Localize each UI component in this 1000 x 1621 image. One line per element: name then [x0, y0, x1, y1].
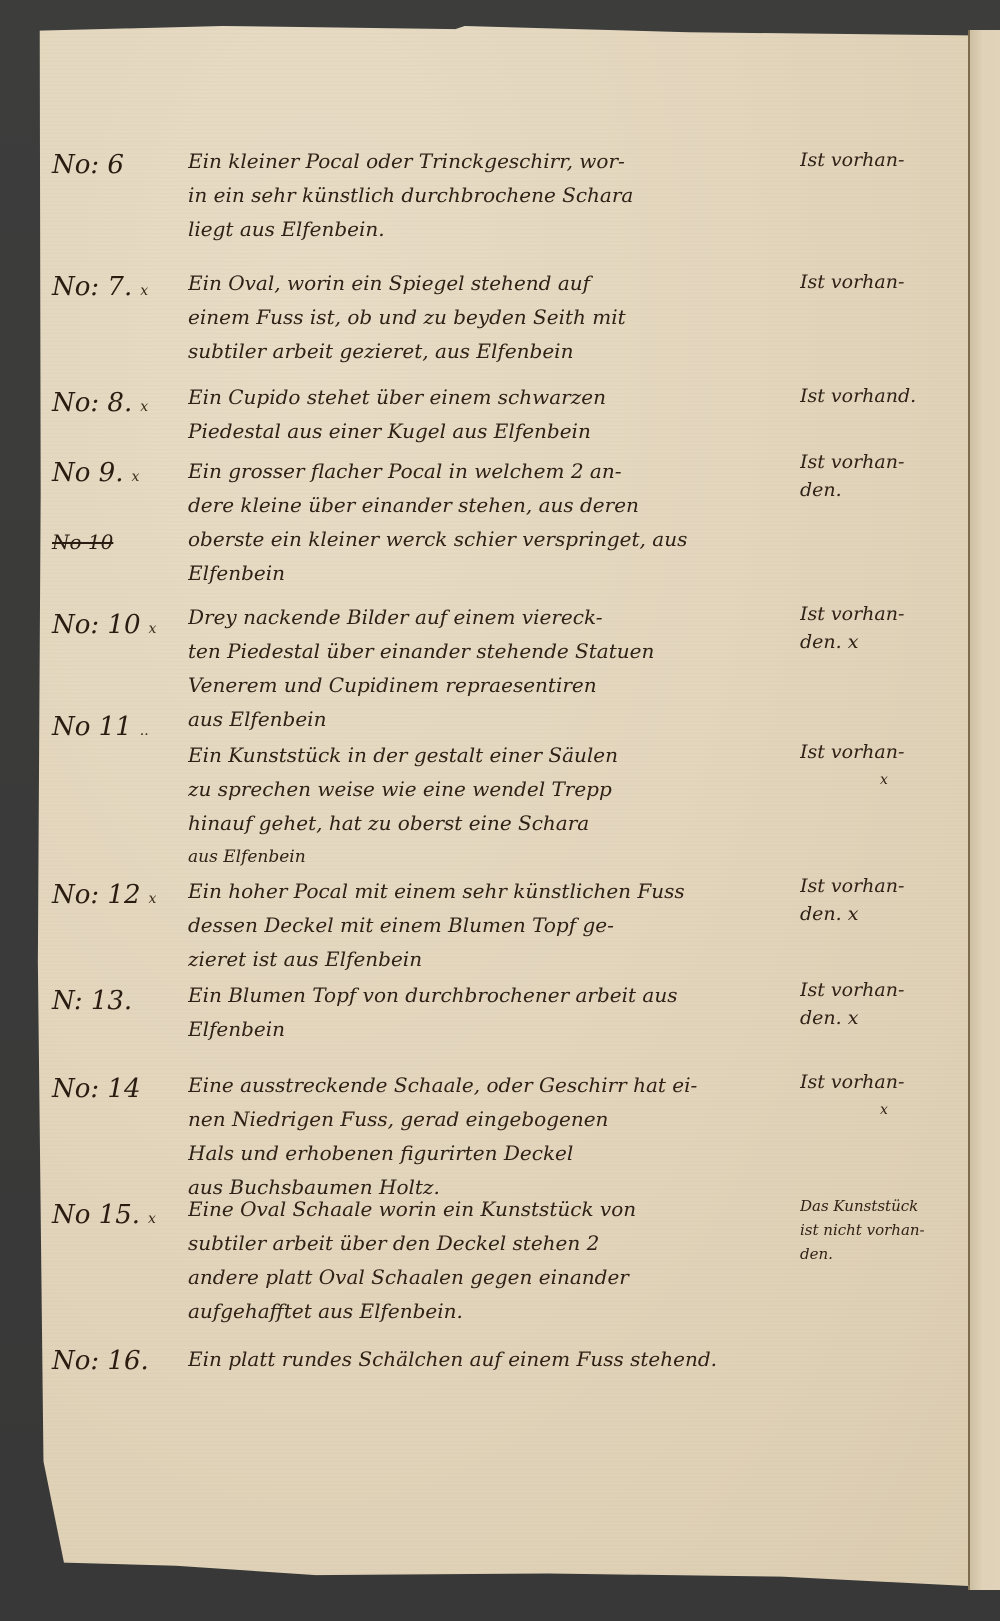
entry-number: No: 12x	[52, 880, 156, 910]
entry-status: Ist vorhan- x	[800, 1068, 940, 1124]
page-gutter	[968, 30, 970, 1585]
entry-description: Ein hoher Pocal mit einem sehr künstlich…	[188, 874, 788, 976]
entry-status: Ist vorhan-	[800, 146, 940, 174]
entry-description: Ein Cupido stehet über einem schwarzen P…	[188, 380, 788, 448]
entry-status: Ist vorhan- den.	[800, 448, 940, 504]
entry-status: Das Kunststück ist nicht vorhan- den.	[800, 1194, 940, 1266]
entry-description: Ein Oval, worin ein Spiegel stehend auf …	[188, 266, 788, 368]
entry-number: No 11..	[52, 712, 149, 742]
entry-number-struck: No 10	[52, 530, 113, 554]
entry-description: Ein Blumen Topf von durchbrochener arbei…	[188, 978, 788, 1046]
entry-description: Ein Kunststück in der gestalt einer Säul…	[188, 738, 788, 874]
entry-status: Ist vorhan- den. x	[800, 872, 940, 928]
entry-description: Eine Oval Schaale worin ein Kunststück v…	[188, 1192, 788, 1328]
entry-status: Ist vorhand.	[800, 382, 940, 410]
entry-description: Ein grosser flacher Pocal in welchem 2 a…	[188, 454, 788, 590]
entry-number: No: 7.x	[52, 272, 148, 302]
entry-number: No: 10x	[52, 610, 156, 640]
entry-status: Ist vorhan- den. x	[800, 600, 940, 656]
entry-number: N: 13.	[52, 986, 132, 1016]
entry-description: Eine ausstreckende Schaale, oder Geschir…	[188, 1068, 788, 1204]
entry-status: Ist vorhan- den. x	[800, 976, 940, 1032]
entry-description: Ein platt rundes Schälchen auf einem Fus…	[188, 1342, 788, 1376]
entry-number: No: 8.x	[52, 388, 148, 418]
entry-description: Ein kleiner Pocal oder Trinckgeschirr, w…	[188, 144, 788, 246]
entry-number: No 9.x	[52, 458, 139, 488]
entry-description: Drey nackende Bilder auf einem viereck- …	[188, 600, 788, 736]
entry-number: No: 6	[52, 150, 124, 180]
entry-status: Ist vorhan- x	[800, 738, 940, 794]
entry-number: No: 16.	[52, 1346, 149, 1376]
adjacent-page-edge	[968, 30, 1000, 1590]
entry-status: Ist vorhan-	[800, 268, 940, 296]
entry-number: No 15.x	[52, 1200, 156, 1230]
entry-number: No: 14	[52, 1074, 141, 1104]
